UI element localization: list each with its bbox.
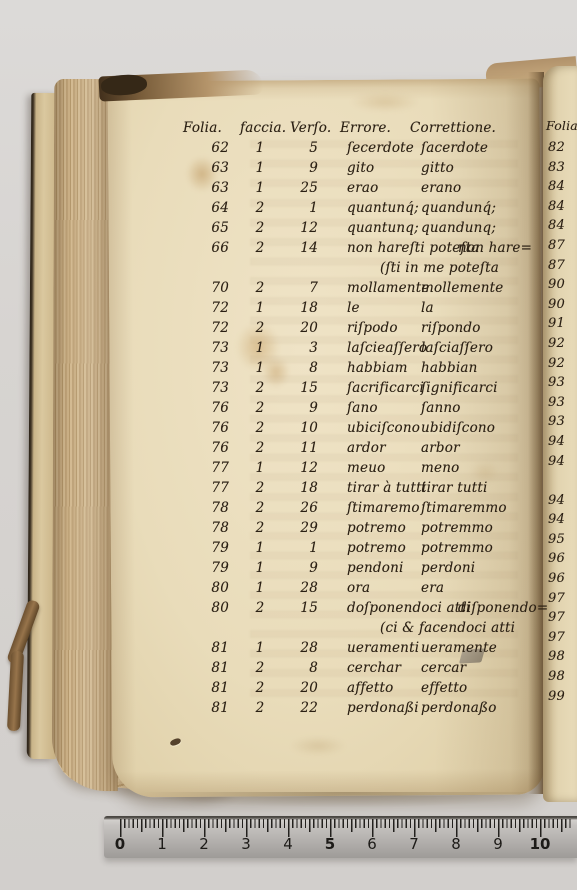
table-row: 7911potremopotremmo <box>183 538 523 558</box>
faccia-cell: 2 <box>229 378 291 398</box>
faccia-cell: 2 <box>229 678 291 698</box>
folia-cell: 65 <box>183 218 229 238</box>
folia-cell: 63 <box>183 158 229 178</box>
verso-cell: 12 <box>291 458 318 478</box>
correttione-cell: perdoni <box>421 558 523 578</box>
header-errore: Errore. <box>340 118 391 138</box>
faccia-cell: 1 <box>229 538 291 558</box>
correttione-cell: ſanno <box>421 398 523 418</box>
ruler-number: 1 <box>157 835 167 853</box>
table-row: 7629ſanoſanno <box>183 398 523 418</box>
errore-cell: laſcieaſſero <box>318 338 421 358</box>
right-folia-number: 93 <box>546 393 577 413</box>
right-folia-number: 87 <box>546 256 577 276</box>
verso-cell: 22 <box>291 698 318 718</box>
folia-cell: 73 <box>183 378 229 398</box>
faccia-cell: 1 <box>229 298 291 318</box>
stain <box>350 92 420 112</box>
errore-cell: ſano <box>318 398 421 418</box>
continuation-line: (ſti in me poteſta <box>183 258 523 278</box>
correttione-cell: quandunq; <box>421 218 523 238</box>
right-folia-number: 93 <box>546 412 577 432</box>
verso-cell: 15 <box>291 598 318 618</box>
folia-cell: 79 <box>183 558 229 578</box>
table-row: 66214non hareſti poteſtanon hare= <box>183 238 523 258</box>
right-page-folia-column: Folia. 828384848487879090919292939393949… <box>546 118 577 706</box>
faccia-cell: 2 <box>229 198 291 218</box>
stain <box>290 736 346 756</box>
table-row: 78226ſtimaremoſtimaremmo <box>183 498 523 518</box>
verso-cell: 20 <box>291 318 318 338</box>
errore-cell: affetto <box>318 678 421 698</box>
verso-cell: 25 <box>291 178 318 198</box>
errore-cell: mollamente <box>318 278 421 298</box>
errore-cell: riſpodo <box>318 318 421 338</box>
errore-cell: potremo <box>318 538 421 558</box>
table-row: 6421quantunq́;quandunq́; <box>183 198 523 218</box>
ruler-number: 6 <box>367 835 377 853</box>
folia-cell: 78 <box>183 498 229 518</box>
folia-cell: 78 <box>183 518 229 538</box>
ruler-number: 0 <box>115 835 125 853</box>
correttione-cell: perdonaßo <box>421 698 523 718</box>
right-folia-number: 84 <box>546 197 577 217</box>
verso-cell: 5 <box>291 138 318 158</box>
faccia-cell: 1 <box>229 138 291 158</box>
faccia-cell: 2 <box>229 658 291 678</box>
table-row: 78229potremopotremmo <box>183 518 523 538</box>
errore-cell: ſecerdote <box>318 138 421 158</box>
right-folia-number: 83 <box>546 158 577 178</box>
photo-background: Folia. faccia. Verſo. Errore. Correttion… <box>0 0 577 890</box>
correttione-cell: laſciaſſero <box>421 338 523 358</box>
correttione-cell: la <box>421 298 523 318</box>
verso-cell: 8 <box>291 358 318 378</box>
faccia-cell: 2 <box>229 518 291 538</box>
correttione-cell: habbian <box>421 358 523 378</box>
correttione-cell: quandunq́; <box>421 198 523 218</box>
correttione-cell: effetto <box>421 678 523 698</box>
table-row: 6319gitogitto <box>183 158 523 178</box>
ruler: 012345678910 <box>104 816 577 858</box>
errore-cell: ora <box>318 578 421 598</box>
correttione-cell: ubidiſcono <box>421 418 523 438</box>
verso-cell: 9 <box>291 558 318 578</box>
folia-cell: 72 <box>183 318 229 338</box>
table-row: 7318habbiamhabbian <box>183 358 523 378</box>
right-folia-number: 94 <box>546 452 577 472</box>
correttione-cell: mollemente <box>421 278 523 298</box>
folia-cell: 73 <box>183 338 229 358</box>
faccia-cell: 1 <box>229 638 291 658</box>
header-verso: Verſo. <box>290 118 331 138</box>
faccia-cell: 1 <box>229 338 291 358</box>
ruler-number: 2 <box>199 835 209 853</box>
right-folia-number: 94 <box>546 491 577 511</box>
correttione-cell: era <box>421 578 523 598</box>
right-folia-number: 96 <box>546 549 577 569</box>
errore-cell: doſponendoci attidiſponendo= <box>318 598 523 618</box>
folia-cell: 72 <box>183 298 229 318</box>
folia-cell: 70 <box>183 278 229 298</box>
header-correttione: Correttione. <box>410 118 496 138</box>
verso-cell: 15 <box>291 378 318 398</box>
faccia-cell: 2 <box>229 398 291 418</box>
continuation-line: (ci & facendoci atti <box>183 618 523 638</box>
faccia-cell: 2 <box>229 318 291 338</box>
errore-cell: ueramenti <box>318 638 421 658</box>
correttione-cell: cercar <box>421 658 523 678</box>
right-folia-numbers: 8283848484878790909192929393939494949495… <box>546 138 577 706</box>
errore-cell: erao <box>318 178 421 198</box>
verso-cell: 18 <box>291 298 318 318</box>
verso-cell: 7 <box>291 278 318 298</box>
folia-cell: 77 <box>183 478 229 498</box>
right-folia-number: 91 <box>546 314 577 334</box>
faccia-cell: 1 <box>229 458 291 478</box>
table-row: 8128cercharcercar <box>183 658 523 678</box>
table-row: 7313laſcieaſſerolaſciaſſero <box>183 338 523 358</box>
ruler-number: 9 <box>493 835 503 853</box>
errore-cell: habbiam <box>318 358 421 378</box>
faccia-cell: 2 <box>229 418 291 438</box>
table-row: 73215ſacrificarciſignificarci <box>183 378 523 398</box>
right-folia-number: 84 <box>546 216 577 236</box>
faccia-cell: 2 <box>229 238 291 258</box>
folia-cell: 81 <box>183 678 229 698</box>
verso-cell: 28 <box>291 578 318 598</box>
errore-cell: meuo <box>318 458 421 478</box>
folia-cell: 81 <box>183 698 229 718</box>
correttione-cell: ſacerdote <box>421 138 523 158</box>
errore-cell: cerchar <box>318 658 421 678</box>
ruler-number: 4 <box>283 835 293 853</box>
right-folia-header: Folia. <box>546 118 577 138</box>
verso-cell: 3 <box>291 338 318 358</box>
errore-cell: ardor <box>318 438 421 458</box>
folia-cell: 63 <box>183 178 229 198</box>
right-folia-number: 97 <box>546 608 577 628</box>
table-row: 7027mollamentemollemente <box>183 278 523 298</box>
errore-cell: pendoni <box>318 558 421 578</box>
verso-cell: 20 <box>291 678 318 698</box>
right-folia-number: 98 <box>546 647 577 667</box>
table-row: 76211ardorarbor <box>183 438 523 458</box>
verso-cell: 12 <box>291 218 318 238</box>
faccia-cell: 1 <box>229 158 291 178</box>
table-row: 77218tirar à tuttitirar tutti <box>183 478 523 498</box>
errata-header: Folia. faccia. Verſo. Errore. Correttion… <box>183 118 523 138</box>
faccia-cell: 2 <box>229 278 291 298</box>
faccia-cell: 1 <box>229 578 291 598</box>
correttione-cell: ſtimaremmo <box>421 498 523 518</box>
header-folia: Folia. <box>183 118 222 138</box>
table-row: 80215doſponendoci attidiſponendo= <box>183 598 523 618</box>
correttione-cell: ſignificarci <box>421 378 523 398</box>
folia-cell: 62 <box>183 138 229 158</box>
right-folia-number <box>546 471 577 491</box>
faccia-cell: 2 <box>229 478 291 498</box>
right-folia-number: 94 <box>546 432 577 452</box>
correttione-cell: gitto <box>421 158 523 178</box>
faccia-cell: 1 <box>229 178 291 198</box>
right-folia-number: 90 <box>546 275 577 295</box>
correttione-cell: potremmo <box>421 538 523 558</box>
verso-cell: 10 <box>291 418 318 438</box>
correttione-cell: arbor <box>421 438 523 458</box>
ruler-number: 7 <box>409 835 419 853</box>
correttione-cell: riſpondo <box>421 318 523 338</box>
folia-cell: 79 <box>183 538 229 558</box>
folia-cell: 80 <box>183 578 229 598</box>
right-folia-number: 96 <box>546 569 577 589</box>
right-folia-number: 90 <box>546 295 577 315</box>
correttione-cell: erano <box>421 178 523 198</box>
right-folia-number: 97 <box>546 589 577 609</box>
table-row: 72118lela <box>183 298 523 318</box>
errore-cell: ſtimaremo <box>318 498 421 518</box>
faccia-cell: 1 <box>229 558 291 578</box>
right-folia-number: 93 <box>546 373 577 393</box>
right-folia-number: 99 <box>546 687 577 707</box>
errore-cell: gito <box>318 158 421 178</box>
folia-cell: 76 <box>183 418 229 438</box>
table-row: 65212quantunq;quandunq; <box>183 218 523 238</box>
errata-rows: 6215ſecerdoteſacerdote6319gitogitto63125… <box>183 138 523 718</box>
correttione-cell: meno <box>421 458 523 478</box>
verso-cell: 18 <box>291 478 318 498</box>
faccia-cell: 2 <box>229 218 291 238</box>
table-row: 81222perdonaßiperdonaßo <box>183 698 523 718</box>
folia-cell: 80 <box>183 598 229 618</box>
errore-cell: non hareſti poteſtanon hare= <box>318 238 523 258</box>
right-folia-number: 94 <box>546 510 577 530</box>
correttione-cell: tirar tutti <box>421 478 523 498</box>
page-bottom-shadow <box>140 792 550 808</box>
folia-cell: 76 <box>183 398 229 418</box>
table-row: 81128ueramentiueramente <box>183 638 523 658</box>
verso-cell: 14 <box>291 238 318 258</box>
folia-cell: 81 <box>183 638 229 658</box>
table-row: 63125eraoerano <box>183 178 523 198</box>
right-folia-number: 92 <box>546 354 577 374</box>
table-row: 76210ubiciſconoubidiſcono <box>183 418 523 438</box>
verso-cell: 26 <box>291 498 318 518</box>
table-row: 6215ſecerdoteſacerdote <box>183 138 523 158</box>
verso-cell: 9 <box>291 158 318 178</box>
right-folia-number: 87 <box>546 236 577 256</box>
folia-cell: 76 <box>183 438 229 458</box>
gutter-crease <box>528 72 544 794</box>
verso-cell: 9 <box>291 398 318 418</box>
table-row: 72220riſpodoriſpondo <box>183 318 523 338</box>
errore-cell: quantunq́; <box>318 198 421 218</box>
folia-cell: 64 <box>183 198 229 218</box>
verso-cell: 28 <box>291 638 318 658</box>
errata-table: Folia. faccia. Verſo. Errore. Correttion… <box>183 118 523 718</box>
faccia-cell: 2 <box>229 598 291 618</box>
faccia-cell: 2 <box>229 498 291 518</box>
errore-cell: le <box>318 298 421 318</box>
right-folia-number: 92 <box>546 334 577 354</box>
verso-cell: 1 <box>291 538 318 558</box>
folia-cell: 81 <box>183 658 229 678</box>
errore-cell: perdonaßi <box>318 698 421 718</box>
header-faccia: faccia. <box>240 118 286 138</box>
ruler-number: 10 <box>530 835 551 853</box>
verso-cell: 8 <box>291 658 318 678</box>
table-row: 80128oraera <box>183 578 523 598</box>
correttione-cell: ueramente <box>421 638 523 658</box>
ruler-number: 8 <box>451 835 461 853</box>
table-row: 7919pendoniperdoni <box>183 558 523 578</box>
table-row: 81220affettoeffetto <box>183 678 523 698</box>
right-folia-number: 95 <box>546 530 577 550</box>
right-folia-number: 97 <box>546 628 577 648</box>
bookmark-strap-lower <box>7 651 24 732</box>
right-folia-number: 98 <box>546 667 577 687</box>
errore-cell: ſacrificarci <box>318 378 421 398</box>
correttione-cell: non hare= <box>458 238 532 258</box>
faccia-cell: 2 <box>229 698 291 718</box>
verso-cell: 11 <box>291 438 318 458</box>
ruler-numbers: 012345678910 <box>104 816 577 858</box>
errore-cell: quantunq; <box>318 218 421 238</box>
faccia-cell: 2 <box>229 438 291 458</box>
verso-cell: 1 <box>291 198 318 218</box>
folia-cell: 66 <box>183 238 229 258</box>
ruler-number: 5 <box>325 835 335 853</box>
table-row: 77112meuomeno <box>183 458 523 478</box>
right-folia-number: 84 <box>546 177 577 197</box>
correttione-cell: diſponendo= <box>458 598 548 618</box>
verso-cell: 29 <box>291 518 318 538</box>
folia-cell: 77 <box>183 458 229 478</box>
errore-cell: ubiciſcono <box>318 418 421 438</box>
faccia-cell: 1 <box>229 358 291 378</box>
ruler-number: 3 <box>241 835 251 853</box>
right-folia-number: 82 <box>546 138 577 158</box>
correttione-cell: potremmo <box>421 518 523 538</box>
folia-cell: 73 <box>183 358 229 378</box>
errore-cell: tirar à tutti <box>318 478 421 498</box>
errore-cell: potremo <box>318 518 421 538</box>
